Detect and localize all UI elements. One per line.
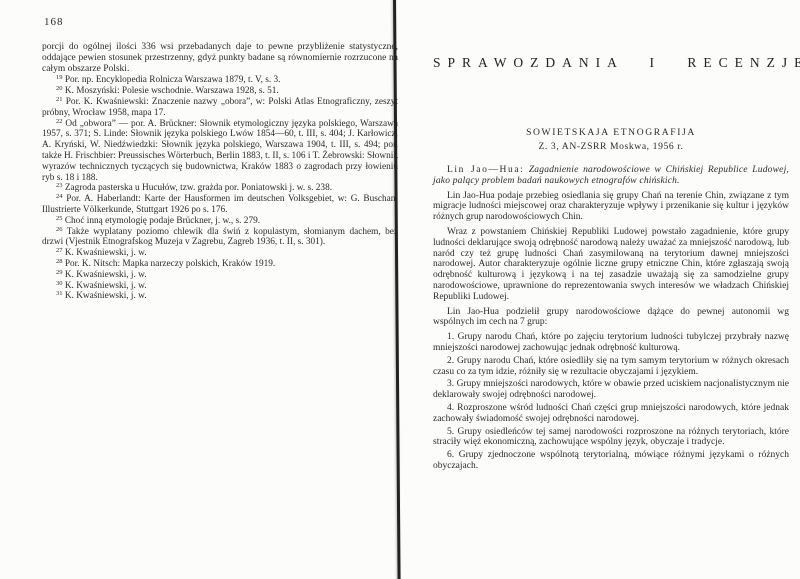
journal-title: SOWIETSKAJA ETNOGRAFIJA	[433, 127, 789, 138]
item-text: Grupy mniejszości narodowych, które w ob…	[433, 379, 789, 400]
scanned-book-spread: 168 porcji do ogólnej ilości 336 wsi prz…	[0, 0, 800, 579]
footnote-text: K. Moszyński: Polesie wschodnie. Warszaw…	[65, 86, 279, 96]
numbered-item: 6. Grupy zjednoczone wspólnotą terytoria…	[433, 450, 789, 472]
footnote-row: 29 K. Kwaśniewski, j. w.	[42, 270, 398, 281]
right-page: SPRAWOZDANIA I RECENZJE SOWIETSKAJA ETNO…	[433, 0, 789, 474]
item-number: 3.	[447, 379, 454, 389]
item-number: 4.	[447, 403, 454, 413]
footnote-row: 22 Od „obwora” — por. A. Brückner: Słown…	[42, 119, 398, 184]
footnote-row: 31 K. Kwaśniewski, j. w.	[42, 291, 398, 302]
footnote-number: 31	[56, 290, 63, 297]
footnote-text: Także wyplatany poziomo chlewik dla świń…	[42, 227, 398, 248]
footnote-number: 24	[56, 193, 63, 200]
page-number: 168	[44, 16, 398, 28]
footnote-number: 19	[56, 74, 63, 81]
footnote-number: 29	[56, 269, 63, 276]
footnote-text: K. Kwaśniewski, j. w.	[65, 248, 147, 258]
footnote-number: 28	[56, 258, 63, 265]
item-number: 2.	[447, 356, 454, 366]
footnote-number: 25	[56, 215, 63, 222]
footnote-text: K. Kwaśniewski, j. w.	[65, 270, 147, 280]
footnote-row: 20 K. Moszyński: Polesie wschodnie. Wars…	[42, 86, 398, 97]
footnote-row: 24 Por. A. Haberlandt: Karte der Hausfor…	[42, 194, 398, 216]
numbered-item: 1. Grupy narodu Chań, które po zajęciu t…	[433, 332, 789, 354]
footnote-text: Od „obwora” — por. A. Brückner: Słownik …	[42, 119, 398, 183]
footnote-number: 27	[56, 247, 63, 254]
footnote-text: Por. K. Nitsch: Mapka narzeczy polskich,…	[65, 259, 275, 269]
review-body: Lin Jao—Hua: Zagadnienie narodowościowe …	[433, 165, 789, 472]
left-page: 168 porcji do ogólnej ilości 336 wsi prz…	[42, 16, 398, 302]
footnote-row: 30 K. Kwaśniewski, j. w.	[42, 281, 398, 292]
numbered-item: 4. Rozproszone wśród ludności Chań częśc…	[433, 403, 789, 425]
item-number: 1.	[447, 332, 454, 342]
footnote-text: Por. np. Encyklopedia Rolnicza Warszawa …	[65, 75, 281, 85]
footnote-text: Por. A. Haberlandt: Karte der Hausformen…	[42, 194, 398, 215]
paragraph: Lin Jao-Hua podzielił grupy narodowościo…	[433, 307, 789, 329]
footnote-row: 25 Choć inną etymologię podaje Brückner,…	[42, 216, 398, 227]
item-text: Grupy zjednoczone wspólnotą terytorialną…	[433, 450, 789, 471]
review-heading: Lin Jao—Hua: Zagadnienie narodowościowe …	[433, 165, 789, 187]
item-text: Grupy narodu Chań, które osiedliły się n…	[433, 356, 789, 377]
footnote-number: 20	[56, 85, 63, 92]
numbered-item: 2. Grupy narodu Chań, które osiedliły si…	[433, 356, 789, 378]
item-number: 6.	[447, 450, 454, 460]
section-header: SPRAWOZDANIA I RECENZJE	[433, 55, 789, 71]
paragraph: Wraz z powstaniem Chińskiej Republiki Lu…	[433, 227, 789, 303]
footnote-row: 21 Por. K. Kwaśniewski: Znaczenie nazwy …	[42, 97, 398, 119]
journal-heading: SOWIETSKAJA ETNOGRAFIJA Z. 3, AN-ZSRR Mo…	[433, 127, 789, 152]
footnote-text: Por. K. Kwaśniewski: Znaczenie nazwy „ob…	[42, 97, 398, 118]
paragraph: Lin Jao-Hua podaje przebieg osiedlania s…	[433, 191, 789, 223]
footnote-row: 23 Zagroda pasterska u Hucułów, tzw. gra…	[42, 183, 398, 194]
item-text: Grupy osiedleńców tej samej narodowości …	[433, 427, 789, 448]
body-paragraph: porcji do ogólnej ilości 336 wsi przebad…	[42, 42, 398, 74]
footnote-row: 26 Także wyplatany poziomo chlewik dla ś…	[42, 227, 398, 249]
numbered-item: 3. Grupy mniejszości narodowych, które w…	[433, 379, 789, 401]
item-number: 5.	[447, 427, 454, 437]
footnote-text: Choć inną etymologię podaje Brückner, j.…	[65, 216, 260, 226]
numbered-item: 5. Grupy osiedleńców tej samej narodowoś…	[433, 427, 789, 449]
footnote-number: 21	[56, 96, 63, 103]
journal-issue: Z. 3, AN-ZSRR Moskwa, 1956 r.	[433, 141, 789, 152]
footnote-text: K. Kwaśniewski, j. w.	[65, 291, 147, 301]
footnote-number: 26	[56, 226, 63, 233]
footnote-number: 22	[56, 118, 63, 125]
footnote-row: 27 K. Kwaśniewski, j. w.	[42, 248, 398, 259]
footnote-text: K. Kwaśniewski, j. w.	[65, 281, 147, 291]
footnote-row: 19 Por. np. Encyklopedia Rolnicza Warsza…	[42, 75, 398, 86]
review-author: Lin Jao—Hua:	[447, 165, 524, 175]
item-text: Rozproszone wśród ludności Chań części g…	[433, 403, 789, 424]
footnote-number: 23	[56, 182, 63, 189]
item-text: Grupy narodu Chań, które po zajęciu tery…	[433, 332, 789, 353]
footnote-row: 28 Por. K. Nitsch: Mapka narzeczy polski…	[42, 259, 398, 270]
footnote-number: 30	[56, 280, 63, 287]
footnote-text: Zagroda pasterska u Hucułów, tzw. grażda…	[65, 183, 332, 193]
